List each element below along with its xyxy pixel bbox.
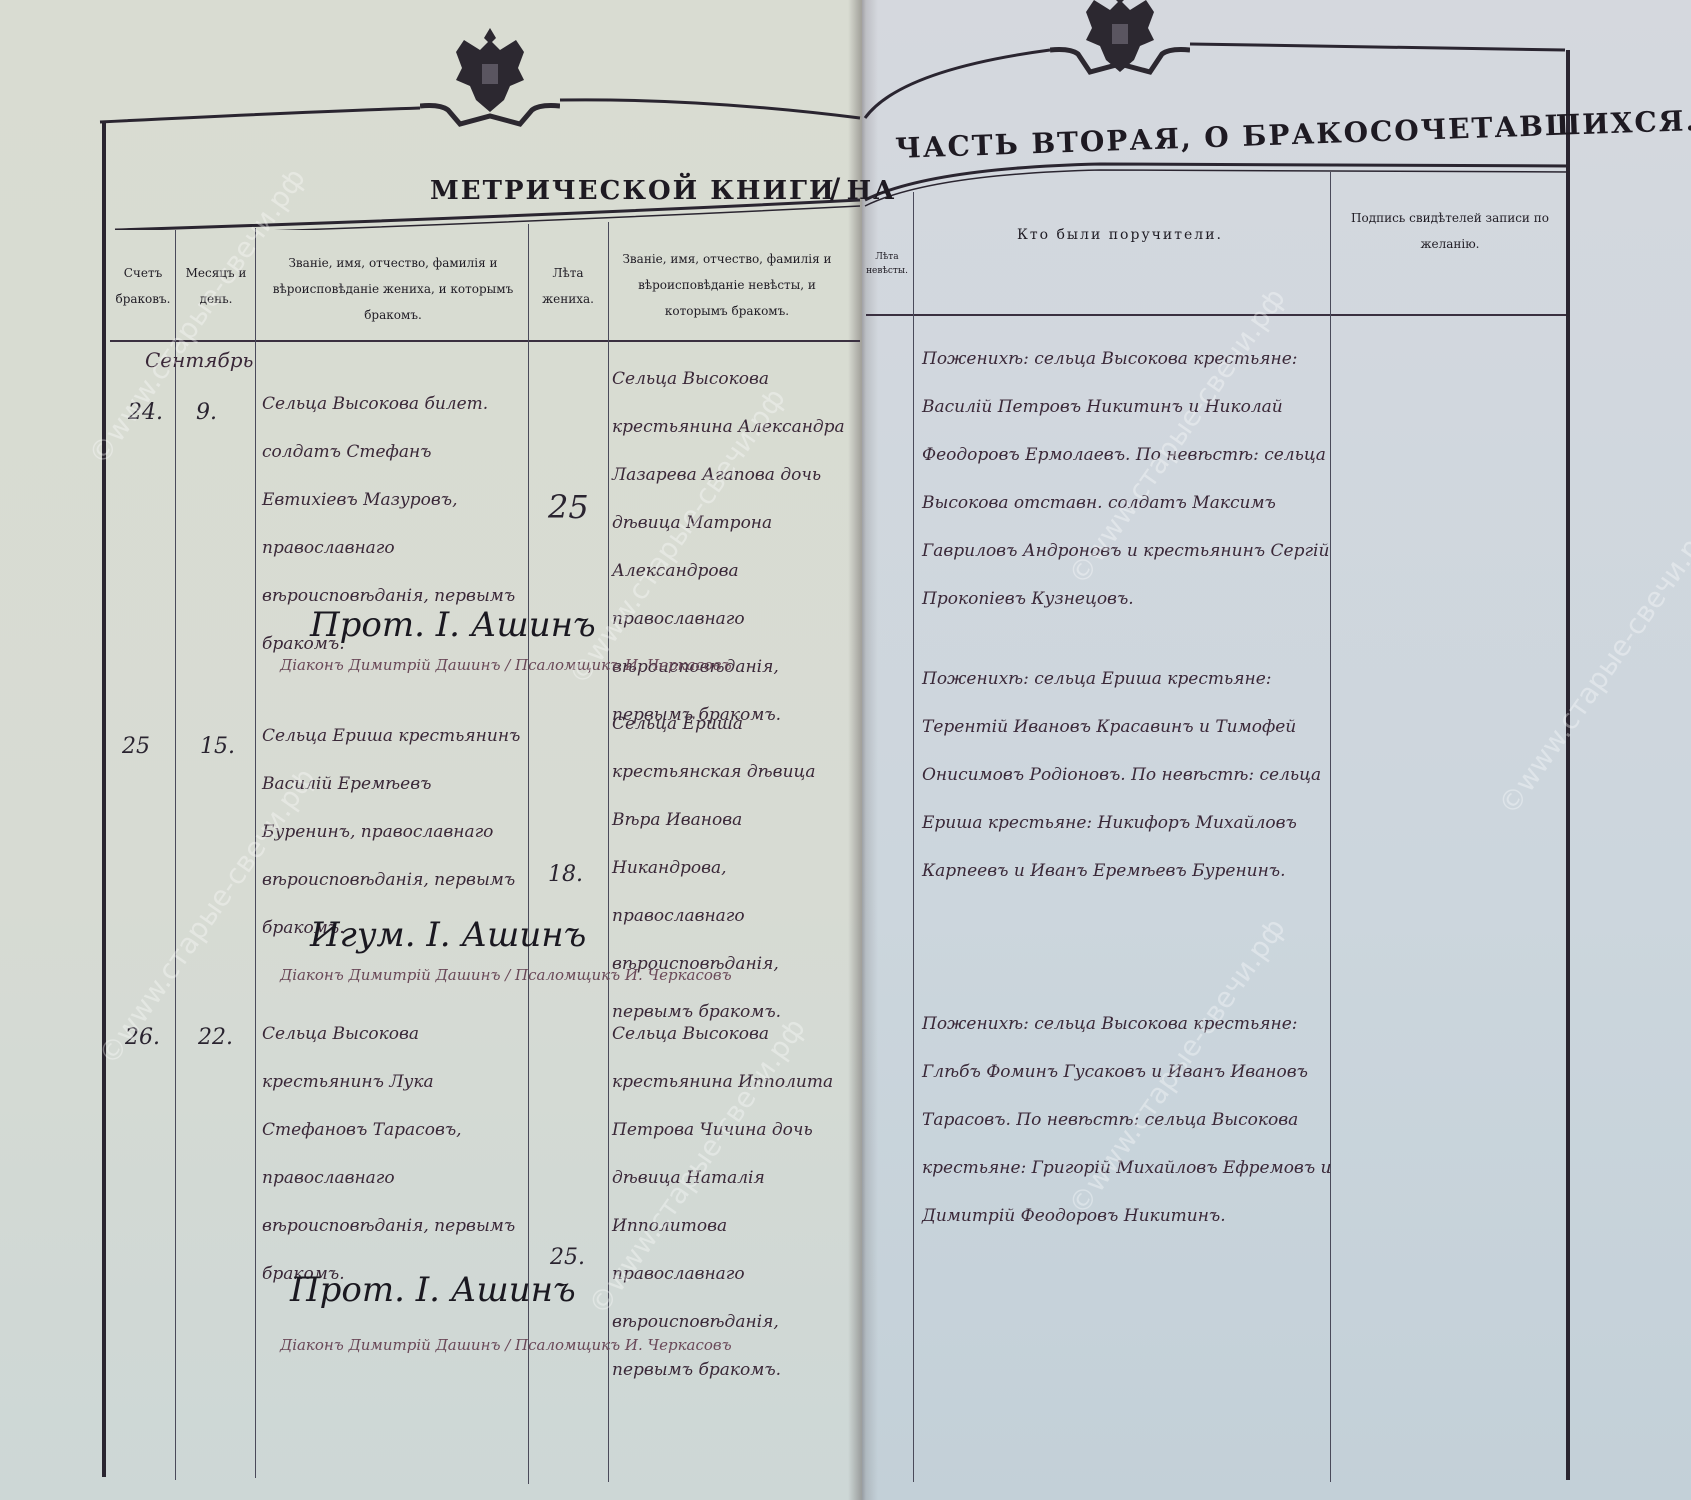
record-1-sureties: Поженихѣ: сельца Высокова крестьяне: Вас…	[922, 335, 1342, 623]
record-2-priest-signature: Игум. І. Ашинъ	[310, 915, 586, 955]
header-bride-age: Лѣта невѣсты.	[862, 250, 912, 278]
record-1-number: 24.	[128, 400, 163, 425]
header-groom-age: Лѣта жениха.	[530, 260, 606, 312]
record-3-groom: Сельца Высокова крестьянинъ Лука Стефано…	[262, 1010, 524, 1298]
record-3-groom-age: 25.	[550, 1245, 585, 1270]
header-bride: Званіе, имя, отчество, фамилія и вѣроисп…	[612, 246, 842, 324]
record-3-number: 26.	[125, 1025, 160, 1050]
record-2-sureties: Поженихѣ: сельца Ериша крестьяне: Терент…	[922, 655, 1342, 895]
col-divider	[608, 222, 609, 1482]
record-2-groom-age: 18.	[548, 862, 583, 887]
col-divider	[175, 230, 176, 1480]
header-month-day: Месяцъ и день.	[178, 260, 254, 312]
record-1-bride: Сельца Высокова крестьянина Александра Л…	[612, 355, 852, 739]
record-3-sureties: Поженихѣ: сельца Высокова крестьяне: Глѣ…	[922, 1000, 1342, 1240]
header-marriage-count: Счетъ браковъ.	[112, 260, 174, 312]
record-2-day: 15.	[200, 734, 235, 759]
month-label: Сентябрь	[145, 345, 253, 375]
record-2-clergy-signature: Діаконъ Димитрій Дашинъ / Псаломщикъ И. …	[280, 965, 732, 985]
right-frame-border	[1566, 50, 1570, 1480]
left-frame-border	[102, 122, 106, 1477]
header-sureties: Кто были поручители.	[920, 222, 1320, 248]
page-number-mark: /	[830, 172, 842, 205]
record-1-day: 9.	[196, 400, 217, 425]
header-bottom-rule-right	[866, 314, 1566, 316]
record-2-bride: Сельца Ериша крестьянская дѣвица Вѣра Ив…	[612, 700, 852, 1036]
title-left: МЕТРИЧЕСКОЙ КНИГИ НА	[430, 176, 896, 206]
record-1-clergy-signature: Діаконъ Димитрій Дашинъ / Псаломщикъ И. …	[280, 655, 732, 675]
record-1-groom-age: 25	[548, 488, 589, 526]
col-divider	[255, 228, 256, 1478]
record-2-number: 25	[122, 734, 150, 759]
record-3-day: 22.	[198, 1025, 233, 1050]
header-witness-signatures: Подпись свидѣтелей записи по желанію.	[1340, 205, 1560, 257]
header-bottom-rule-left	[110, 340, 860, 342]
col-divider	[913, 192, 914, 1482]
record-1-priest-signature: Прот. І. Ашинъ	[310, 605, 596, 645]
record-3-priest-signature: Прот. І. Ашинъ	[290, 1270, 576, 1310]
header-groom: Званіе, имя, отчество, фамилія и вѣроисп…	[262, 250, 524, 328]
record-3-clergy-signature: Діаконъ Димитрій Дашинъ / Псаломщикъ И. …	[280, 1335, 732, 1355]
